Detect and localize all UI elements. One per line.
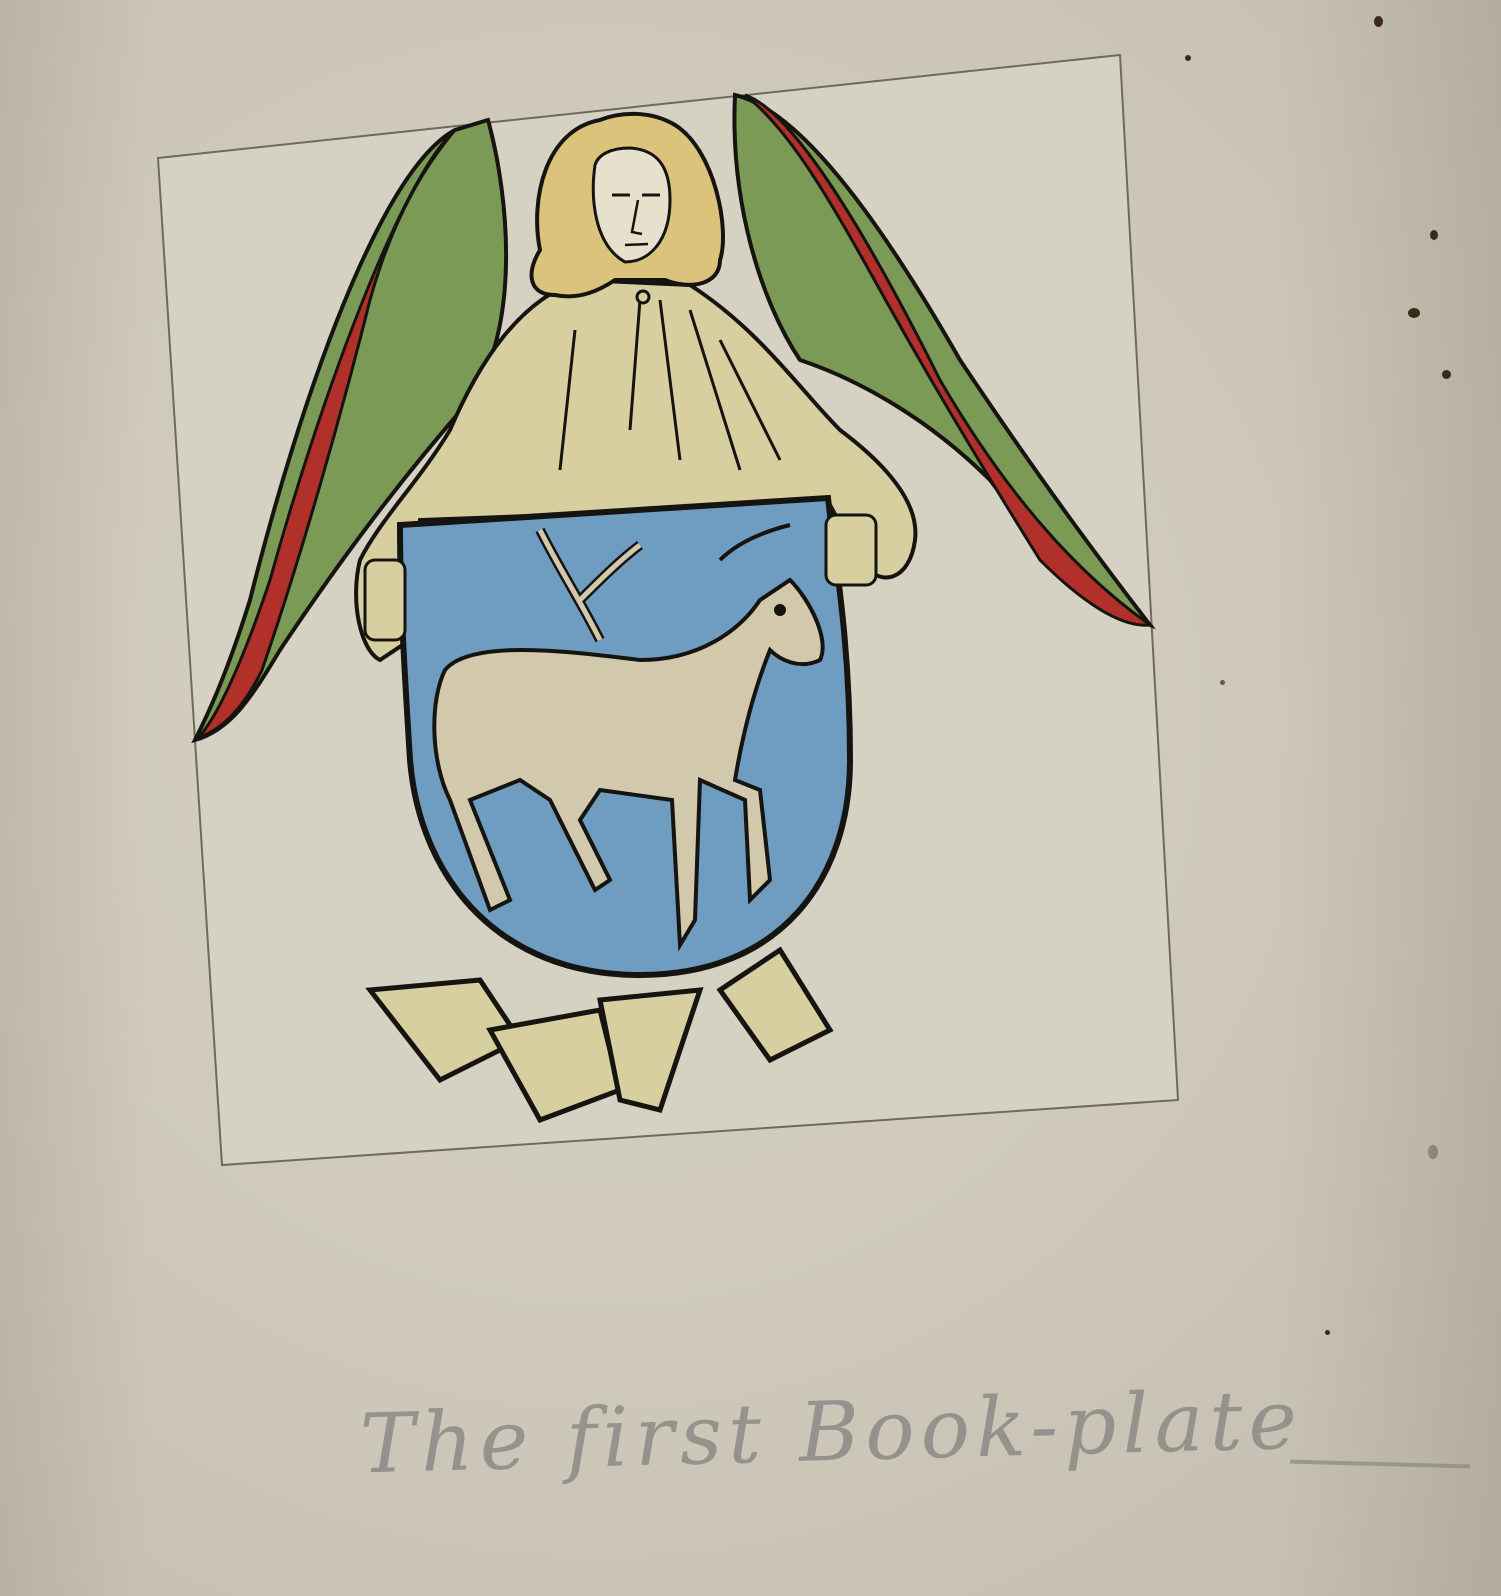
foxing-spot: [1430, 230, 1438, 240]
woodcut-bookplate: [0, 0, 1501, 1596]
foxing-spot: [1408, 308, 1420, 318]
album-page: The first Book-plate: [0, 0, 1501, 1596]
foxing-spot: [1442, 370, 1451, 379]
foxing-spot: [1220, 680, 1225, 685]
foxing-spot: [1325, 1330, 1330, 1335]
foxing-spot: [1185, 55, 1191, 61]
foxing-spot: [1374, 16, 1383, 27]
foxing-spot: [1428, 1145, 1438, 1159]
angel-head: [532, 114, 723, 303]
